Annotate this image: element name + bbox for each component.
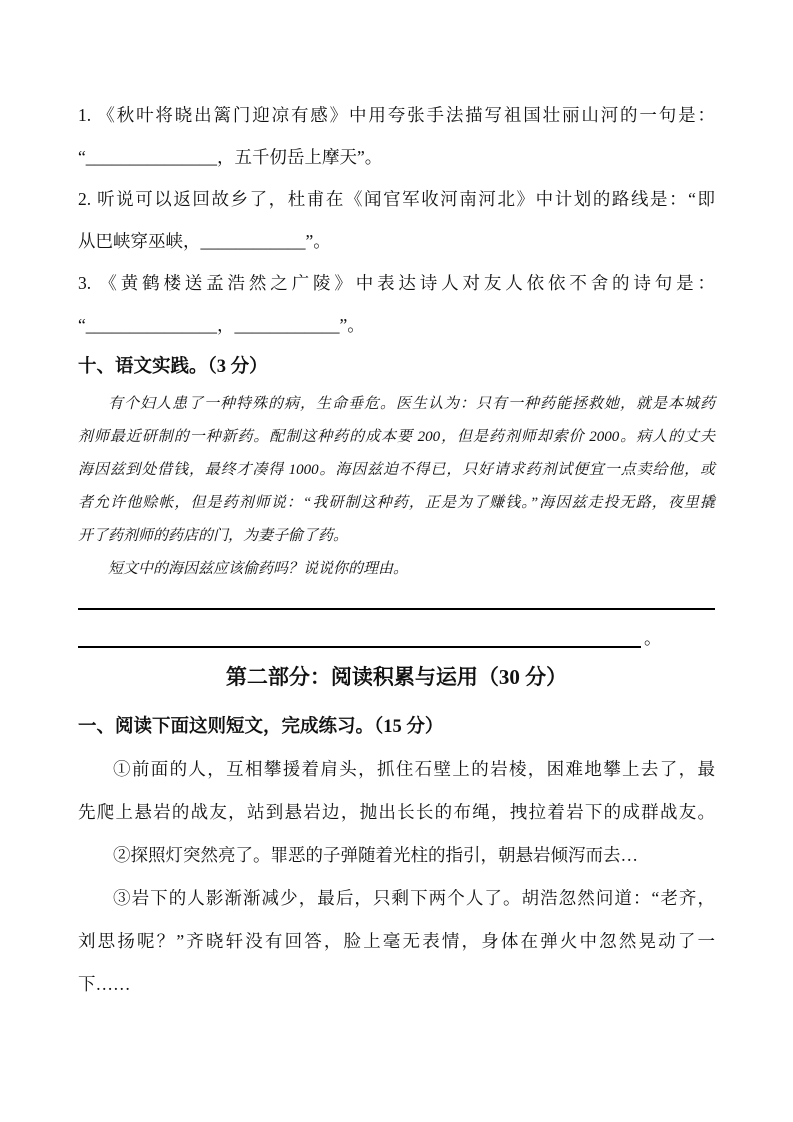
- answer-area: 。: [78, 588, 715, 648]
- paragraph-2: ②探照灯突然亮了。罪恶的子弹随着光柱的指引，朝悬岩倾泻而去…: [78, 834, 715, 877]
- answer-line-2: [78, 610, 641, 648]
- question-3-blank-line: “_______________，____________”。: [78, 304, 715, 346]
- paragraph-3-line-3: 下……: [78, 963, 715, 1006]
- answer-row-2: 。: [78, 610, 715, 648]
- question-item-2: 2. 听说可以返回故乡了，杜甫在《闻官军收河南河北》中计划的路线是：“即 从巴峡…: [78, 178, 715, 262]
- part-two-heading: 第二部分：阅读积累与运用（30 分）: [78, 662, 715, 692]
- section-ten-heading: 十、语文实践。（3 分）: [78, 346, 715, 388]
- paragraph-1-line-2: 先爬上悬岩的战友，站到悬岩边，抛出长长的布绳，拽拉着岩下的成群战友。: [78, 791, 715, 834]
- section-one-heading: 一、阅读下面这则短文，完成练习。（15 分）: [78, 706, 715, 748]
- paragraph-3-line-2: 刘思扬呢？”齐晓轩没有回答，脸上毫无表情，身体在弹火中忽然晃动了一: [78, 920, 715, 963]
- question-item-1: 1. 《秋叶将晓出篱门迎凉有感》中用夸张手法描写祖国壮丽山河的一句是： “___…: [78, 94, 715, 178]
- paragraph-1-line-1: ①前面的人，互相攀援着肩头，抓住石壁上的岩棱，困难地攀上去了，最: [78, 748, 715, 791]
- question-item-3: 3. 《黄鹤楼送孟浩然之广陵》中表达诗人对友人依依不舍的诗句是： “______…: [78, 262, 715, 346]
- question-1-text: 1. 《秋叶将晓出篱门迎凉有感》中用夸张手法描写祖国壮丽山河的一句是：: [78, 94, 715, 136]
- reading-passage: 有个妇人患了一种特殊的病，生命垂危。医生认为：只有一种药能拯救她，就是本城药 剂…: [78, 388, 715, 586]
- reading-text: ①前面的人，互相攀援着肩头，抓住石壁上的岩棱，困难地攀上去了，最 先爬上悬岩的战…: [78, 748, 715, 1006]
- question-2-blank-line: 从巴峡穿巫峡，____________”。: [78, 220, 715, 262]
- question-2-text: 2. 听说可以返回故乡了，杜甫在《闻官军收河南河北》中计划的路线是：“即: [78, 178, 715, 220]
- paragraph-3-line-1: ③岩下的人影渐渐减少，最后，只剩下两个人了。胡浩忽然问道：“老齐，: [78, 877, 715, 920]
- question-1-blank-line: “_______________，五千仞岳上摩天”。: [78, 136, 715, 178]
- passage-line-4: 者允许他赊帐，但是药剂师说：“我研制这种药，正是为了赚钱。”海因兹走投无路，夜里…: [78, 487, 715, 520]
- question-3-text: 3. 《黄鹤楼送孟浩然之广陵》中表达诗人对友人依依不舍的诗句是：: [78, 262, 715, 304]
- passage-line-3: 海因兹到处借钱，最终才凑得 1000。海因兹迫不得已，只好请求药剂试便宜一点卖给…: [78, 454, 715, 487]
- passage-question: 短文中的海因兹应该偷药吗？说说你的理由。: [78, 553, 715, 586]
- answer-line-period: 。: [641, 629, 662, 648]
- exam-page: 1. 《秋叶将晓出篱门迎凉有感》中用夸张手法描写祖国壮丽山河的一句是： “___…: [0, 0, 793, 1122]
- passage-line-2: 剂师最近研制的一种新药。配制这种药的成本要 200，但是药剂师却索价 2000。…: [78, 421, 715, 454]
- answer-line-1: [78, 588, 715, 610]
- answer-row-1: [78, 588, 715, 610]
- passage-line-1: 有个妇人患了一种特殊的病，生命垂危。医生认为：只有一种药能拯救她，就是本城药: [78, 388, 715, 421]
- passage-line-5: 开了药剂师的药店的门，为妻子偷了药。: [78, 520, 715, 553]
